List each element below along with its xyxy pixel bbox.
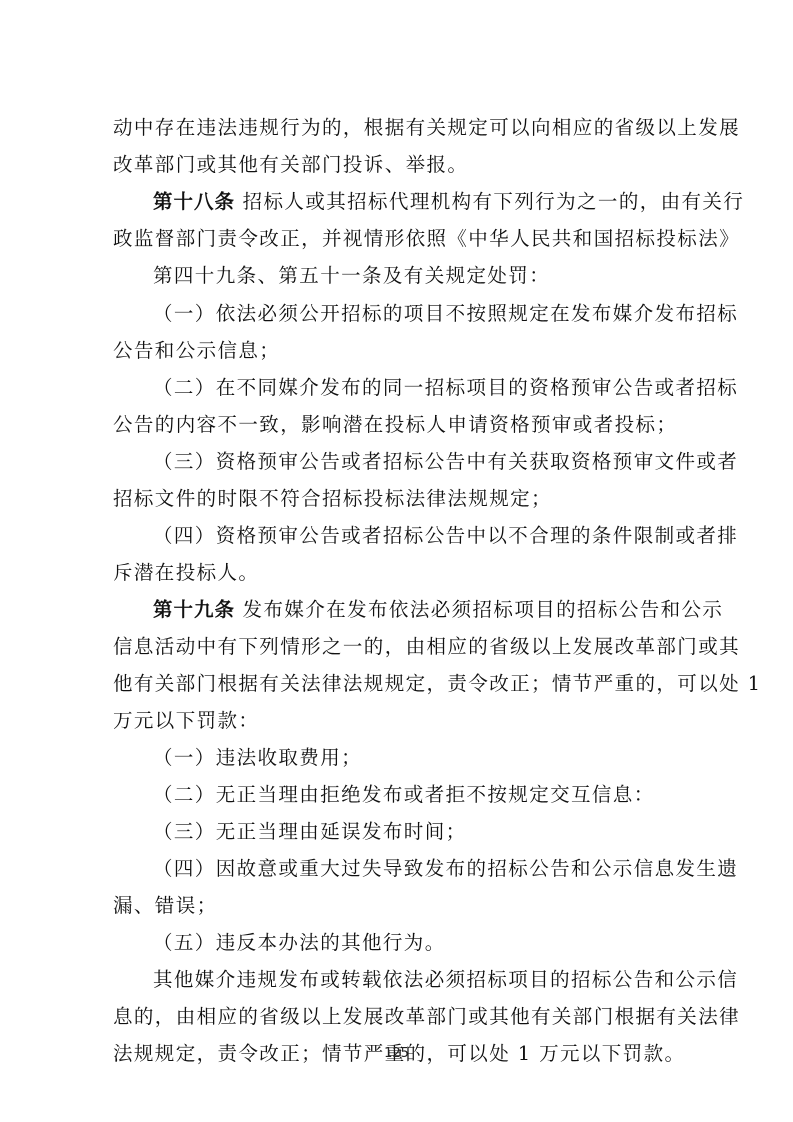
document-page: 动中存在违法违规行为的，根据有关规定可以向相应的省级以上发展 改革部门或其他有关… bbox=[0, 0, 793, 1122]
text-line: 息的，由相应的省级以上发展改革部门或其他有关部门根据有关法律 bbox=[113, 1003, 683, 1031]
text-line: 招标人或其招标代理机构有下列行为之一的，由有关行 bbox=[235, 190, 744, 213]
text-line: 改革部门或其他有关部门投诉、举报。 bbox=[113, 151, 683, 179]
text-line: 万元以下罚款： bbox=[113, 707, 683, 735]
article-18-label: 第十八条 bbox=[153, 190, 235, 213]
list-item-19-2: （二）无正当理由拒绝发布或者拒不按规定交互信息： bbox=[153, 781, 683, 809]
text-line: 他有关部门根据有关法律法规规定，责令改正；情节严重的，可以处 1 bbox=[113, 670, 683, 698]
text-line: 发布媒介在发布依法必须招标项目的招标公告和公示 bbox=[235, 598, 723, 621]
list-item-18-3: （三）资格预审公告或者招标公告中有关获取资格预审文件或者 bbox=[153, 448, 683, 476]
list-item-19-1: （一）违法收取费用； bbox=[153, 744, 683, 772]
article-18-heading-line: 第十八条 招标人或其招标代理机构有下列行为之一的，由有关行 bbox=[153, 188, 683, 216]
list-item-18-4: （四）资格预审公告或者招标公告中以不合理的条件限制或者排 bbox=[153, 522, 683, 550]
paragraph-line: 其他媒介违规发布或转载依法必须招标项目的招标公告和公示信 bbox=[153, 966, 683, 994]
list-item-18-1: （一）依法必须公开招标的项目不按照规定在发布媒介发布招标 bbox=[153, 300, 683, 328]
list-item-19-4: （四）因故意或重大过失导致发布的招标公告和公示信息发生遗 bbox=[153, 855, 683, 883]
text-line: 招标文件的时限不符合招标投标法律法规规定； bbox=[113, 485, 683, 513]
article-19-label: 第十九条 bbox=[153, 598, 235, 621]
text-line: 政监督部门责令改正，并视情形依照《中华人民共和国招标投标法》 bbox=[113, 225, 683, 253]
text-line: 动中存在违法违规行为的，根据有关规定可以向相应的省级以上发展 bbox=[113, 114, 683, 142]
text-line: 公告的内容不一致，影响潜在投标人申请资格预审或者投标； bbox=[113, 411, 683, 439]
list-item-19-5: （五）违反本办法的其他行为。 bbox=[153, 929, 683, 957]
page-number: 125 bbox=[0, 1046, 793, 1061]
list-item-19-3: （三）无正当理由延误发布时间； bbox=[153, 818, 683, 846]
text-line: 漏、错误； bbox=[113, 892, 683, 920]
article-19-heading-line: 第十九条 发布媒介在发布依法必须招标项目的招标公告和公示 bbox=[153, 596, 683, 624]
text-line: 斥潜在投标人。 bbox=[113, 559, 683, 587]
list-item-18-2: （二）在不同媒介发布的同一招标项目的资格预审公告或者招标 bbox=[153, 374, 683, 402]
text-line: 公告和公示信息； bbox=[113, 337, 683, 365]
text-line: 第四十九条、第五十一条及有关规定处罚： bbox=[153, 262, 683, 290]
text-line: 信息活动中有下列情形之一的，由相应的省级以上发展改革部门或其 bbox=[113, 633, 683, 661]
